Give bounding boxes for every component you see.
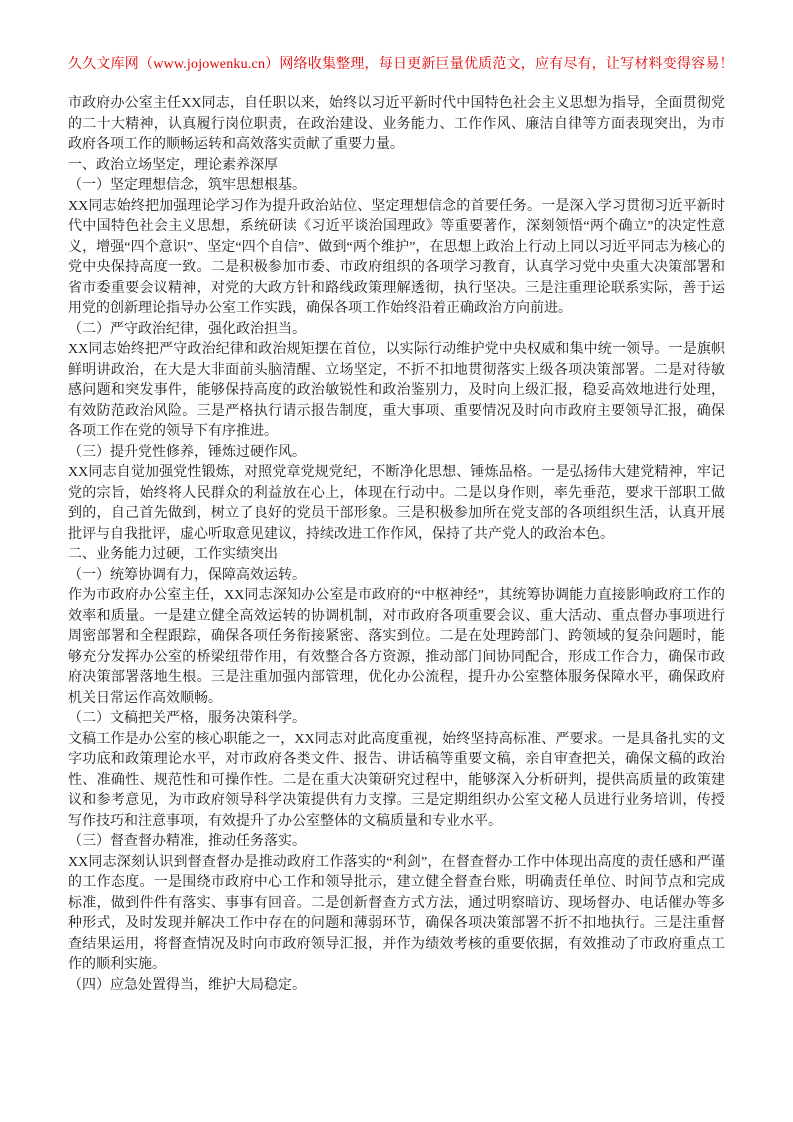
sub-heading: （四）应急处置得当，维护大局稳定。: [68, 976, 725, 997]
sub-heading: （一）统筹协调有力，保障高效运转。: [68, 566, 725, 587]
sub-heading: （一）坚定理想信念，筑牢思想根基。: [68, 176, 725, 197]
paragraph: XX同志始终把严守政治纪律和政治规矩摆在首位，以实际行动维护党中央权威和集中统一…: [68, 340, 725, 443]
section-heading: 二、业务能力过硬，工作实绩突出: [68, 545, 725, 566]
paragraph: 文稿工作是办公室的核心职能之一，XX同志对此高度重视，始终坚持高标准、严要求。一…: [68, 730, 725, 833]
paragraph: XX同志始终把加强理论学习作为提升政治站位、坚定理想信念的首要任务。一是深入学习…: [68, 197, 725, 320]
paragraph: 作为市政府办公室主任，XX同志深知办公室是市政府的“中枢神经”，其统筹协调能力直…: [68, 586, 725, 709]
paragraph: 市政府办公室主任XX同志，自任职以来，始终以习近平新时代中国特色社会主义思想为指…: [68, 94, 725, 156]
document-page: 久久文库网（www.jojowenku.cn）网络收集整理，每日更新巨量优质范文…: [0, 0, 793, 1122]
sub-heading: （二）文稿把关严格，服务决策科学。: [68, 709, 725, 730]
site-watermark-header: 久久文库网（www.jojowenku.cn）网络收集整理，每日更新巨量优质范文…: [68, 54, 725, 75]
sub-heading: （三）督查督办精准，推动任务落实。: [68, 832, 725, 853]
sub-heading: （二）严守政治纪律，强化政治担当。: [68, 320, 725, 341]
document-body: 市政府办公室主任XX同志，自任职以来，始终以习近平新时代中国特色社会主义思想为指…: [68, 94, 725, 996]
sub-heading: （三）提升党性修养，锤炼过硬作风。: [68, 443, 725, 464]
paragraph: XX同志深刻认识到督查督办是推动政府工作落实的“利剑”，在督查督办工作中体现出高…: [68, 853, 725, 976]
paragraph: XX同志自觉加强党性锻炼，对照党章党规党纪，不断净化思想、锤炼品格。一是弘扬伟大…: [68, 463, 725, 545]
section-heading: 一、政治立场坚定，理论素养深厚: [68, 156, 725, 177]
